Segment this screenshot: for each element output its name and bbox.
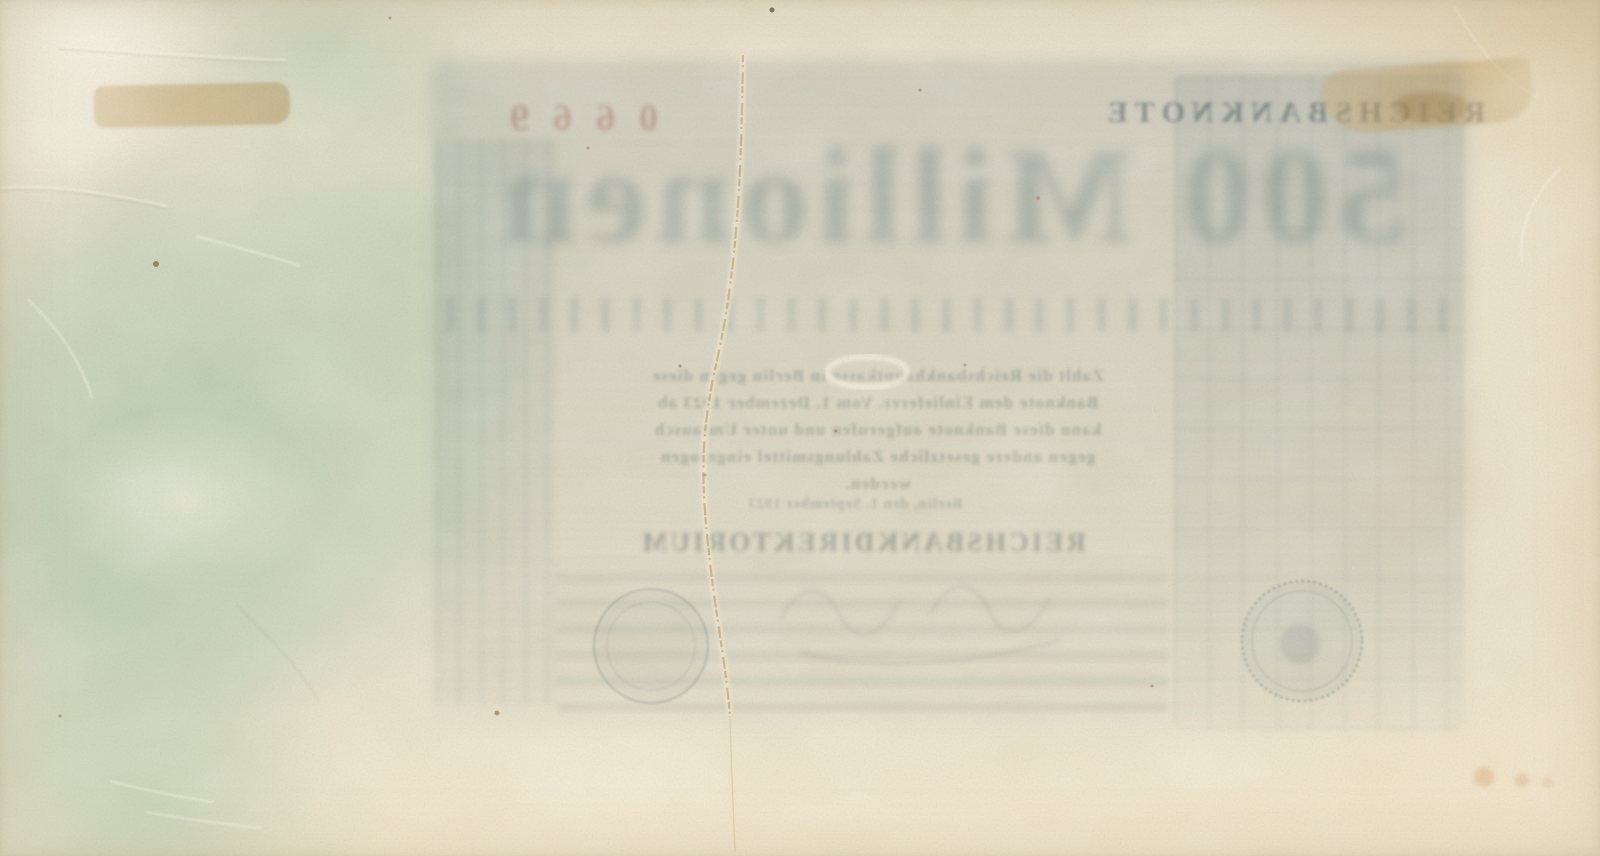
paper-mottle-texture: [0, 0, 1600, 856]
warm-discoloration: [1300, 360, 1520, 600]
legal-text-line: Banknote dem Einlieferer. Vom 1. Dezembe…: [585, 389, 1170, 416]
crease-shadows: [0, 49, 318, 700]
mirrored-legal-text: Zahlt die Reichsbankhauptkasse in Berlin…: [585, 362, 1170, 502]
physical-marks-overlay: [0, 0, 1600, 856]
mirrored-issuer-line: Reichsbankdirektorium: [615, 527, 1110, 563]
legal-text-line: werden.: [585, 470, 1170, 497]
mirrored-date-line: Berlin, den 1. September 1923: [690, 496, 1020, 518]
crease-highlights: [0, 6, 1560, 828]
showthrough-bottom-rows: [556, 556, 1168, 712]
legal-text-line: Zahlt die Reichsbankhauptkasse in Berlin…: [585, 362, 1170, 389]
paper-specks: [59, 8, 1154, 718]
tape-residue-right-dark-spot: [1395, 92, 1467, 122]
mirrored-red-serial: 0669: [452, 96, 692, 144]
showthrough-right-border: [1174, 74, 1464, 730]
paper-grain-texture: [0, 0, 1600, 856]
worn-cream-patches: [0, 0, 1600, 856]
green-tint-zone: [0, 0, 1600, 856]
tape-residue-left: [94, 82, 291, 128]
showthrough-ornament-row: [446, 298, 1466, 332]
orange-foxing-spots: [1474, 767, 1553, 788]
banknote-back-scan: REICHSBANKNOTE 0669 500 Millionen Zahlt …: [0, 0, 1600, 856]
showthrough-block: [430, 60, 1470, 728]
tape-residue-right: [1318, 57, 1534, 136]
edge-vignette: [0, 0, 1600, 856]
paper-base: [0, 0, 1600, 856]
seal-left-impression: [594, 589, 708, 703]
value-oval-showthrough: [827, 357, 907, 387]
mirrored-denomination-script: 500 Millionen: [430, 116, 1470, 330]
showthrough-left-border: [436, 140, 556, 706]
legal-text-line: kann diese Banknote aufgerufen und unter…: [585, 416, 1170, 443]
center-fold-line: [703, 55, 743, 852]
signature-showthrough: [780, 586, 1060, 663]
mirrored-title-showthrough: REICHSBANKNOTE: [1088, 96, 1498, 140]
cream-tint-zones: [0, 0, 1600, 856]
legal-text-line: gegen andere gesetzliche Zahlungsmittel …: [585, 443, 1170, 470]
seal-right-impression: [1242, 581, 1362, 701]
